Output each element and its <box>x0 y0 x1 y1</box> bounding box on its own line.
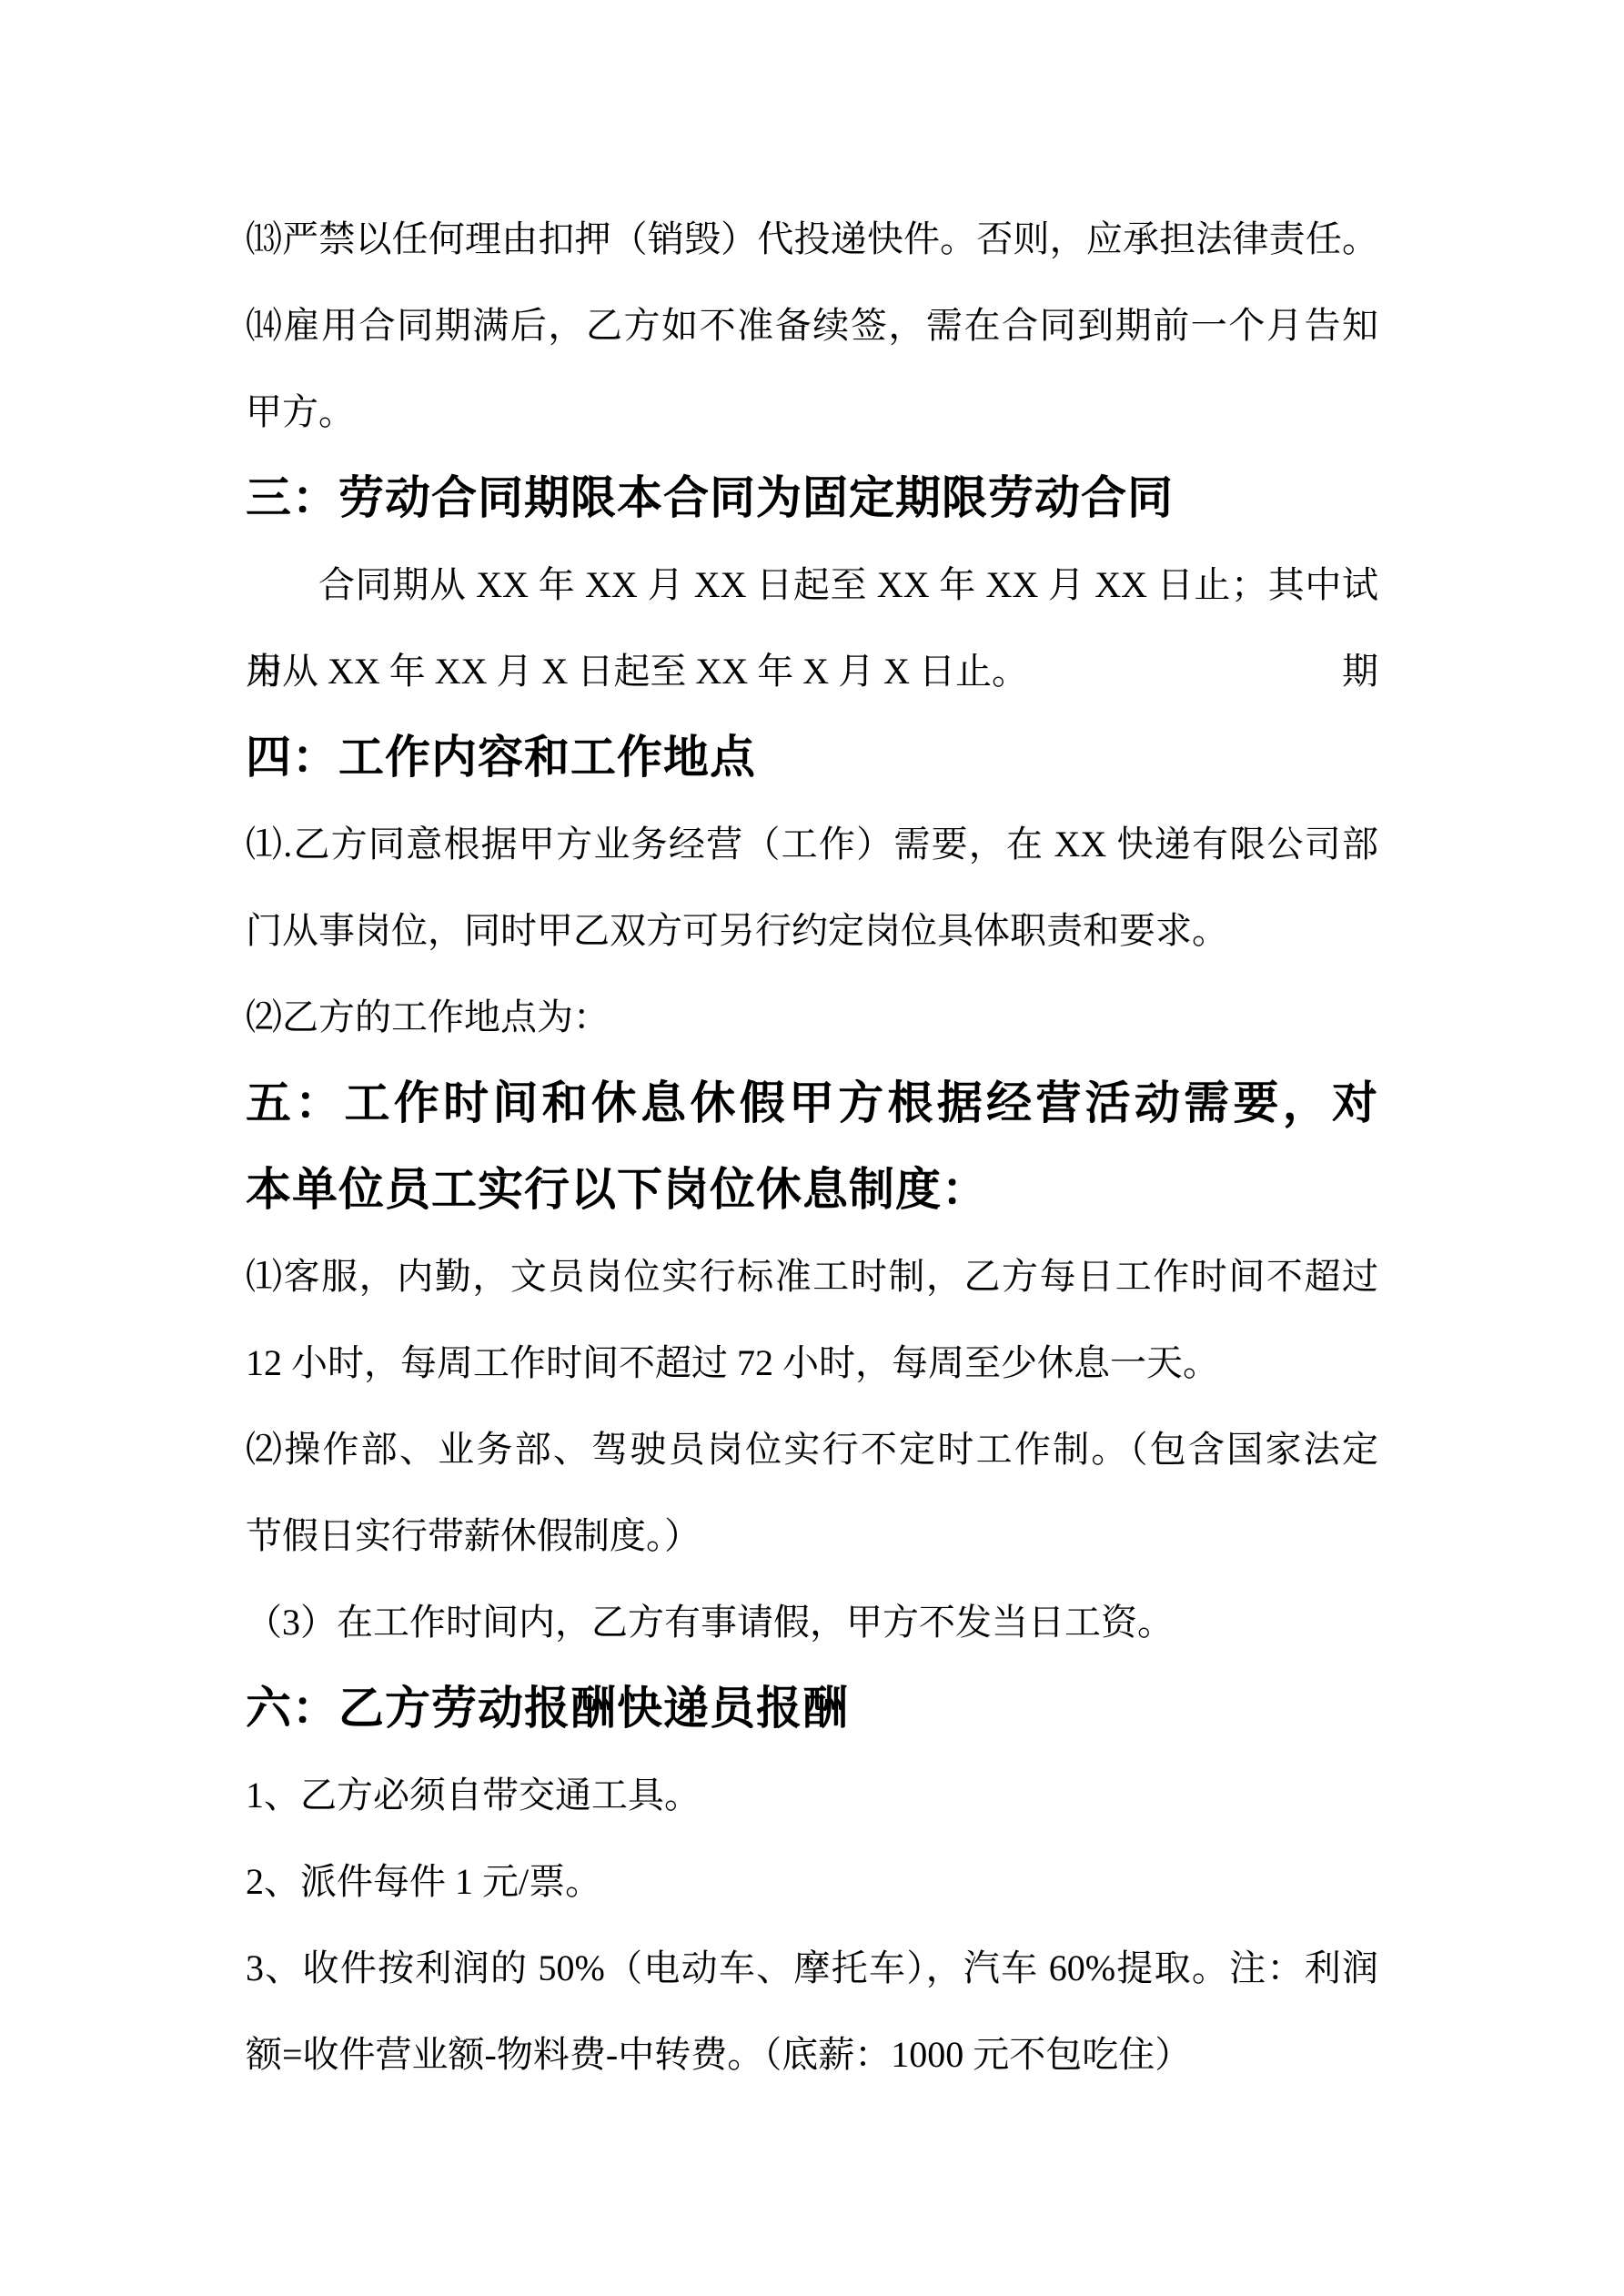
clause-5-1-line-2: 12 小时，每周工作时间不超过 72 小时，每周至少休息一天。 <box>246 1320 1378 1406</box>
clause-13: ⒀严禁以任何理由扣押（销毁）代投递快件。否则，应承担法律责任。 <box>246 196 1378 282</box>
clause-4-1-line-2: 门从事岗位，同时甲乙双方可另行约定岗位具体职责和要求。 <box>246 887 1378 974</box>
clause-5-1-line-1: ⑴客服，内勤，文员岗位实行标准工时制，乙方每日工作时间不超过 <box>246 1233 1378 1320</box>
clause-14-line-1: ⒁雇用合同期满后，乙方如不准备续签，需在合同到期前一个月告知 <box>246 282 1378 369</box>
clause-14-line-2: 甲方。 <box>246 369 1378 455</box>
clause-4-1-line-1: ⑴.乙方同意根据甲方业务经营（工作）需要，在 XX 快递有限公司部 <box>246 801 1378 887</box>
clause-5-3: （3）在工作时间内，乙方有事请假，甲方不发当日工资。 <box>246 1579 1378 1665</box>
heading-section-5-line-2: 本单位员工实行以下岗位休息制度： <box>246 1147 1378 1233</box>
clause-6-1: 1、乙方必须自带交通工具。 <box>246 1752 1378 1838</box>
clause-4-2: ⑵乙方的工作地点为： <box>246 974 1378 1060</box>
heading-section-5-line-1: 五：工作时间和休息休假甲方根据经营活动需要，对 <box>246 1060 1378 1147</box>
term-paragraph-line-1: 合同期从 XX 年 XX 月 XX 日起至 XX 年 XX 月 XX 日止；其中… <box>246 541 1378 628</box>
heading-section-3: 三：劳动合同期限本合同为固定期限劳动合同 <box>246 455 1378 541</box>
clause-5-2-line-2: 节假日实行带薪休假制度。） <box>246 1492 1378 1579</box>
contract-document-page: ⒀严禁以任何理由扣押（销毁）代投递快件。否则，应承担法律责任。 ⒁雇用合同期满后… <box>0 0 1624 2296</box>
heading-section-4: 四：工作内容和工作地点 <box>246 714 1378 801</box>
clause-6-2: 2、派件每件 1 元/票。 <box>246 1838 1378 1925</box>
clause-5-2-line-1: ⑵操作部、业务部、驾驶员岗位实行不定时工作制。（包含国家法定 <box>246 1406 1378 1492</box>
heading-section-6: 六：乙方劳动报酬快递员报酬 <box>246 1665 1378 1752</box>
clause-6-3-line-2: 额=收件营业额-物料费-中转费。（底薪：1000 元不包吃住） <box>246 2011 1378 2098</box>
clause-6-3-line-1: 3、收件按利润的 50%（电动车、摩托车），汽车 60%提取。注：利润 <box>246 1925 1378 2011</box>
